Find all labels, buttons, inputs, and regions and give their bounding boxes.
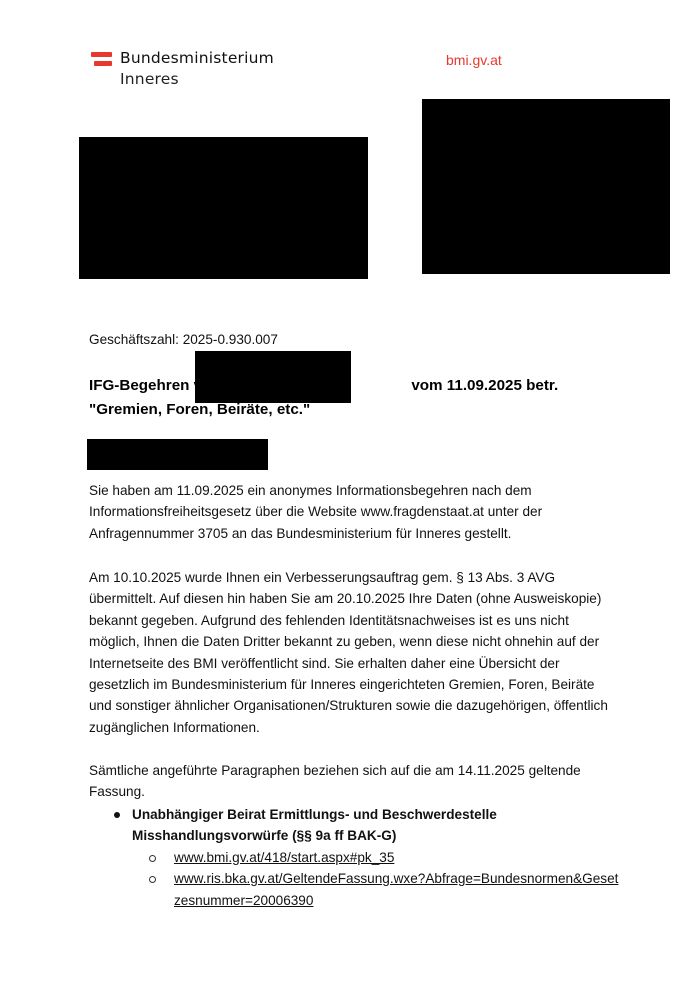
austrian-flag-bars-icon — [91, 52, 113, 68]
paragraph-request-info: Sie haben am 11.09.2025 ein anonymes Inf… — [89, 480, 619, 544]
logo-title: Bundesministerium — [120, 49, 274, 67]
sublist-item: www.ris.bka.gv.at/GeltendeFassung.wxe?Ab… — [174, 868, 622, 911]
redaction-block-salutation — [87, 439, 268, 470]
logo-subtitle: Inneres — [120, 70, 179, 88]
paragraph-legal-version: Sämtliche angeführte Paragraphen beziehe… — [89, 760, 619, 803]
list-item: Unabhängiger Beirat Ermittlungs- und Bes… — [112, 804, 622, 847]
circle-bullet-icon — [149, 855, 156, 862]
subject-start: IFG-Begehren v — [89, 377, 202, 394]
circle-bullet-icon — [149, 876, 156, 883]
bodies-list: Unabhängiger Beirat Ermittlungs- und Bes… — [112, 804, 622, 911]
redaction-block-requester-name — [195, 351, 351, 403]
redaction-block-address — [79, 137, 368, 279]
paragraph-improvement-order: Am 10.10.2025 wurde Ihnen ein Verbesseru… — [89, 567, 619, 738]
website-link[interactable]: bmi.gv.at — [446, 52, 502, 68]
sublist-item: www.bmi.gv.at/418/start.aspx#pk_35 — [174, 847, 622, 868]
bmi-link[interactable]: www.bmi.gv.at/418/start.aspx#pk_35 — [174, 850, 394, 865]
flag-bar-top — [91, 52, 112, 57]
ris-link[interactable]: www.ris.bka.gv.at/GeltendeFassung.wxe?Ab… — [174, 871, 618, 907]
link-sublist: www.bmi.gv.at/418/start.aspx#pk_35 www.r… — [112, 847, 622, 911]
flag-bar-bottom — [94, 61, 112, 66]
bullet-icon — [114, 812, 120, 818]
redaction-block-sender-info — [422, 99, 670, 274]
case-number: Geschäftszahl: 2025-0.930.007 — [89, 329, 278, 350]
list-item-title: Unabhängiger Beirat Ermittlungs- und Bes… — [132, 807, 497, 843]
